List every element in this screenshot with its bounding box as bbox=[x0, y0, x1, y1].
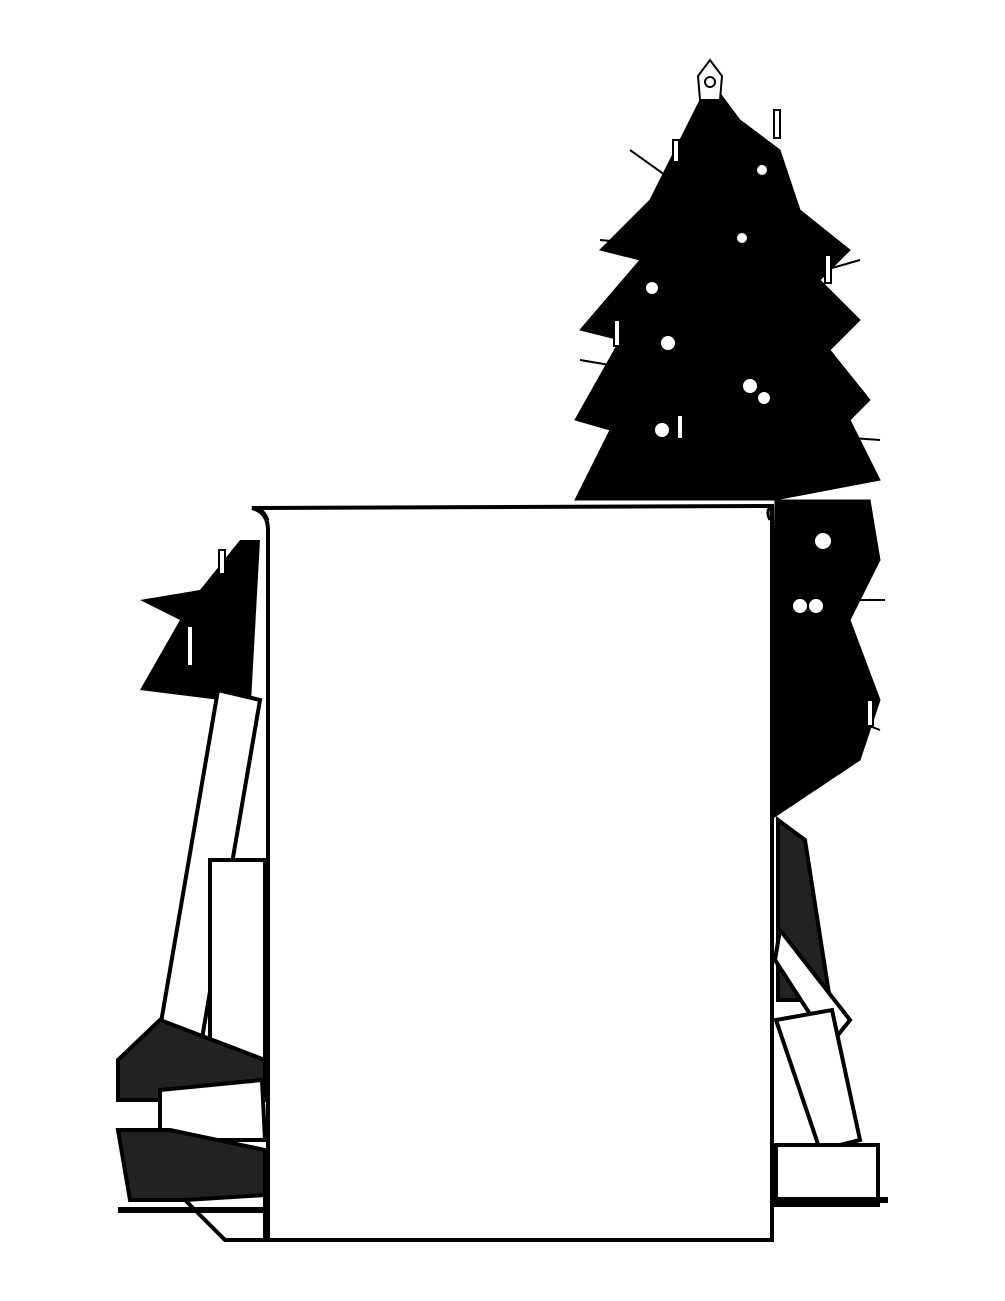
small-tree-icon bbox=[140, 540, 260, 720]
gifts-left-icon bbox=[118, 690, 265, 1240]
gifts-right-icon bbox=[775, 820, 888, 1205]
christmas-illustration bbox=[0, 0, 1005, 1301]
blank-frame bbox=[252, 506, 772, 1240]
